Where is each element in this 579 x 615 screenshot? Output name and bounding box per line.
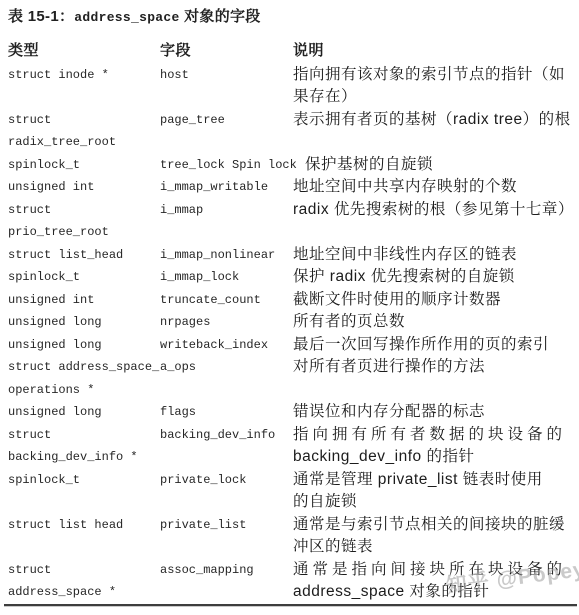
table-row: struct radix_tree_root page_tree 表示拥有者页的… — [8, 109, 571, 154]
type-cell: spinlock_t — [8, 266, 160, 289]
table-row: unsigned int i_mmap_writable 地址空间中共享内存映射… — [8, 176, 571, 199]
table-row: struct list head private_list 通常是与索引节点相关… — [8, 514, 571, 559]
desc-cell: 保护基树的自旋锁 — [305, 154, 571, 177]
field-cell: host — [160, 64, 293, 87]
desc-cell: 指向拥有该对象的索引节点的指针（如 果存在） — [293, 64, 571, 109]
desc-cell: 错误位和内存分配器的标志 — [293, 401, 571, 424]
field-cell: writeback_index — [160, 334, 293, 357]
type-cell: struct prio_tree_root — [8, 199, 160, 244]
table-title: 表 15-1：address_space 对象的字段 — [8, 8, 579, 27]
type-cell: struct backing_dev_info * — [8, 424, 160, 469]
type-cell: unsigned long — [8, 311, 160, 334]
type-cell: struct radix_tree_root — [8, 109, 160, 154]
table-row: unsigned int truncate_count 截断文件时使用的顺序计数… — [8, 289, 571, 312]
field-cell: i_mmap — [160, 199, 293, 222]
table-title-suffix: 对象的字段 — [180, 8, 261, 25]
desc-cell: 对所有者页进行操作的方法 — [293, 356, 571, 379]
desc-cell: 所有者的页总数 — [293, 311, 571, 334]
table-row: spinlock_t i_mmap_lock 保护 radix 优先搜索树的自旋… — [8, 266, 571, 289]
type-cell: struct address_space * — [8, 559, 160, 604]
type-cell: spinlock_t — [8, 154, 160, 177]
type-cell: unsigned int — [8, 176, 160, 199]
field-cell: a_ops — [160, 356, 293, 379]
type-cell: struct inode * — [8, 64, 160, 87]
field-cell: i_mmap_nonlinear — [160, 244, 293, 267]
type-cell: struct list_head — [8, 244, 160, 267]
fields-table: 类型 字段 说明 struct inode * host 指向拥有该对象的索引节… — [8, 40, 571, 604]
type-cell: unsigned long — [8, 401, 160, 424]
field-cell: private_list — [160, 514, 293, 537]
field-cell: tree_lock Spin lock — [160, 154, 305, 177]
column-header-desc: 说明 — [293, 40, 571, 63]
desc-cell: radix 优先搜索树的根（参见第十七章） — [293, 199, 571, 222]
table-row: struct address_space * assoc_mapping 通常是… — [8, 559, 571, 604]
type-cell: struct list head — [8, 514, 160, 537]
field-cell: i_mmap_lock — [160, 266, 293, 289]
type-cell: unsigned long — [8, 334, 160, 357]
field-cell: flags — [160, 401, 293, 424]
table-row: unsigned long flags 错误位和内存分配器的标志 — [8, 401, 571, 424]
table-row: unsigned long nrpages 所有者的页总数 — [8, 311, 571, 334]
desc-cell: 截断文件时使用的顺序计数器 — [293, 289, 571, 312]
field-cell: truncate_count — [160, 289, 293, 312]
desc-cell: 最后一次回写操作所作用的页的索引 — [293, 334, 571, 357]
table-row: struct inode * host 指向拥有该对象的索引节点的指针（如 果存… — [8, 64, 571, 109]
table-number: 表 15-1： — [8, 8, 74, 25]
desc-cell: 地址空间中共享内存映射的个数 — [293, 176, 571, 199]
desc-cell: 表示拥有者页的基树（radix tree）的根 — [293, 109, 571, 132]
table-row: spinlock_t private_lock 通常是管理 private_li… — [8, 469, 571, 514]
table-row: unsigned long writeback_index 最后一次回写操作所作… — [8, 334, 571, 357]
type-cell: unsigned int — [8, 289, 160, 312]
desc-cell: 通常是指向间接块所在块设备的 address_space 对象的指针 — [293, 559, 571, 604]
field-cell: private_lock — [160, 469, 293, 492]
desc-cell: 保护 radix 优先搜索树的自旋锁 — [293, 266, 571, 289]
scanned-table-page: 表 15-1：address_space 对象的字段 类型 字段 说明 stru… — [0, 0, 579, 615]
table-header-row: 类型 字段 说明 — [8, 40, 571, 64]
desc-cell: 地址空间中非线性内存区的链表 — [293, 244, 571, 267]
table-bottom-rule — [4, 604, 577, 607]
column-header-type: 类型 — [8, 40, 160, 63]
field-cell: nrpages — [160, 311, 293, 334]
type-cell: spinlock_t — [8, 469, 160, 492]
column-header-field: 字段 — [160, 40, 293, 63]
desc-cell: 通常是管理 private_list 链表时使用 的自旋锁 — [293, 469, 571, 514]
table-row: spinlock_t tree_lock Spin lock 保护基树的自旋锁 — [8, 154, 571, 177]
field-cell: backing_dev_info — [160, 424, 293, 447]
table-row: struct list_head i_mmap_nonlinear 地址空间中非… — [8, 244, 571, 267]
table-row: struct prio_tree_root i_mmap radix 优先搜索树… — [8, 199, 571, 244]
desc-cell: 通常是与索引节点相关的间接块的脏缓 冲区的链表 — [293, 514, 571, 559]
table-row: struct address_space_ operations * a_ops… — [8, 356, 571, 401]
field-cell: i_mmap_writable — [160, 176, 293, 199]
field-cell: page_tree — [160, 109, 293, 132]
table-row: struct backing_dev_info * backing_dev_in… — [8, 424, 571, 469]
table-title-code: address_space — [74, 10, 179, 25]
desc-cell: 指向拥有所有者数据的块设备的 backing_dev_info 的指针 — [293, 424, 571, 469]
type-cell: struct address_space_ operations * — [8, 356, 160, 401]
field-cell: assoc_mapping — [160, 559, 293, 582]
